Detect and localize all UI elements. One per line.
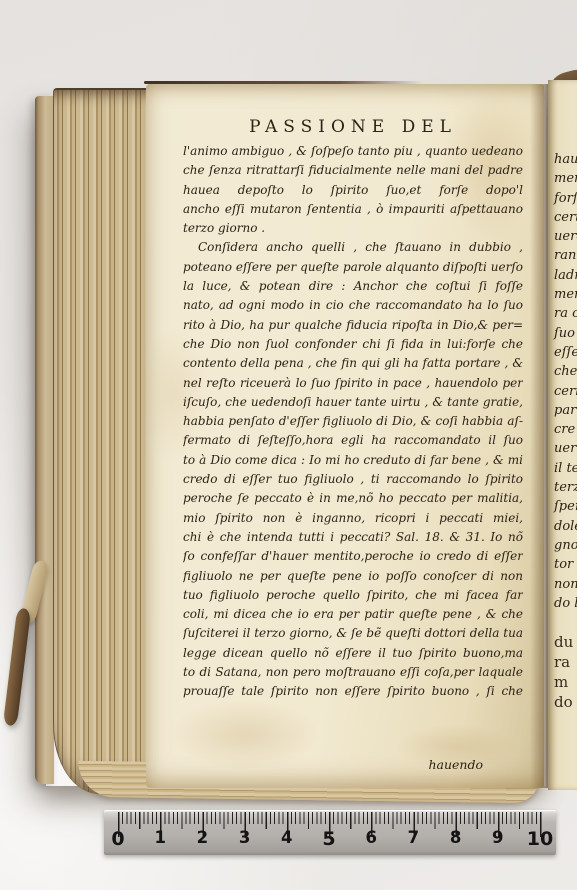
photo-stage: PASSIONE DEL l'animo ambiguo , & ſoſpeſo… bbox=[0, 0, 577, 890]
facing-fragment: hau bbox=[554, 150, 577, 169]
facing-fragment: ſuo bbox=[554, 324, 577, 343]
ruler-number: 5 bbox=[322, 828, 335, 850]
text-line: prouaſſe tale ſpirito non eſſere ſpirito… bbox=[183, 682, 523, 701]
text-line: poteano eſſere per queſte parole alquant… bbox=[183, 258, 523, 277]
ruler-number: 7 bbox=[408, 828, 419, 847]
facing-fragment: terz bbox=[554, 478, 577, 497]
page-block-fore-edge bbox=[53, 88, 151, 794]
facing-fragment: cert bbox=[554, 208, 577, 227]
facing-fragment: ra bbox=[554, 652, 577, 672]
text-line: l'animo ambiguo , & ſoſpeſo tanto piu , … bbox=[183, 142, 523, 161]
ruler-number: 2 bbox=[197, 828, 208, 847]
ruler-number: 8 bbox=[450, 828, 461, 847]
facing-fragment: do bbox=[554, 692, 577, 712]
facing-page-text: haumenforſcertuererantladrmenra cſuoeſſe… bbox=[554, 150, 577, 712]
facing-fragment: uere bbox=[554, 227, 577, 246]
text-line: figliuolo ne per queſte pene io poſſo co… bbox=[183, 567, 523, 586]
ruler-number: 10 bbox=[527, 828, 553, 850]
gutter-shadow bbox=[530, 84, 549, 788]
text-line: to di Satana, non pero moſtrauano eſſi c… bbox=[183, 663, 523, 682]
vellum-cover-edge bbox=[35, 96, 54, 784]
text-line: to à Dio come dica : Io mi ho creduto di… bbox=[183, 451, 523, 470]
text-line: contento della pena , che fin qui gli ha… bbox=[183, 354, 523, 373]
text-line: habbia penſato d'eſſer figliuolo di Dio,… bbox=[183, 412, 523, 431]
facing-fragment: ceri bbox=[554, 382, 577, 401]
facing-fragment: ſper bbox=[554, 497, 577, 516]
text-line: hauea depoſto lo ſpirito ſuo,et forſe do… bbox=[183, 181, 523, 200]
text-line: legge dicean quello nõ eſſere il tuo ſpi… bbox=[183, 644, 523, 663]
text-line: ancho eſſi mutaron ſententia , ò impauri… bbox=[183, 200, 523, 219]
facing-fragment: forſ bbox=[554, 189, 577, 208]
facing-fragment: tor bbox=[554, 555, 577, 574]
facing-fragment: non bbox=[554, 575, 577, 594]
text-line: credo di eſſer tuo figliuolo , ti raccom… bbox=[183, 470, 523, 489]
text-line: mio ſpirito non è inganno, ricopri i pec… bbox=[183, 509, 523, 528]
ruler-number: 9 bbox=[492, 828, 503, 847]
facing-fragment: gno bbox=[554, 536, 577, 555]
ruler-number: 3 bbox=[239, 828, 250, 847]
text-line: ſo confeſſar d'hauer mentito,peroche io … bbox=[183, 547, 523, 566]
ruler: 012345678910 bbox=[104, 810, 556, 855]
text-line: nato, ad ogni modo in cio che raccomanda… bbox=[183, 296, 523, 315]
facing-page: haumenforſcertuererantladrmenra cſuoeſſe… bbox=[548, 80, 577, 790]
text-line: fermato di ſeſteſſo,hora egli ha raccoma… bbox=[183, 431, 523, 450]
text-line: Conſidera ancho quelli , che ſtauano in … bbox=[183, 238, 523, 257]
running-header: PASSIONE DEL bbox=[183, 117, 523, 137]
facing-fragment: par bbox=[554, 401, 577, 420]
facing-fragment: men bbox=[554, 169, 577, 188]
catchword: hauendo bbox=[183, 757, 523, 772]
facing-fragment bbox=[554, 613, 577, 632]
left-page: PASSIONE DEL l'animo ambiguo , & ſoſpeſo… bbox=[146, 84, 544, 788]
facing-fragment: uer bbox=[554, 439, 577, 458]
facing-fragment: dole bbox=[554, 517, 577, 536]
text-line: peroche ſe peccato è in me,nõ ho peccato… bbox=[183, 489, 523, 508]
facing-fragment: eſſe bbox=[554, 343, 577, 362]
facing-fragment: che bbox=[554, 362, 577, 381]
facing-fragment: rant bbox=[554, 246, 577, 265]
facing-fragment: du bbox=[554, 632, 577, 652]
text-line: terzo giorno . bbox=[183, 219, 523, 238]
text-line: coli, mi dicea che io era per patir queſ… bbox=[183, 605, 523, 624]
leather-tie bbox=[3, 608, 31, 727]
ruler-number: 4 bbox=[281, 828, 292, 847]
text-line: chi è che intenda tutti i peccati? Sal. … bbox=[183, 528, 523, 547]
page-top-edge bbox=[144, 81, 423, 84]
text-line: che ſenza ritrattarſi fiducialmente nell… bbox=[183, 161, 523, 180]
ruler-number: 1 bbox=[154, 828, 165, 847]
facing-fragment: men bbox=[554, 285, 577, 304]
text-line: rito à Dio, ha pur qualche fiducia ripoſ… bbox=[183, 316, 523, 335]
text-line: iſcuſo, che uedendoſi hauer tante uirtu … bbox=[183, 393, 523, 412]
ruler-number: 6 bbox=[365, 828, 376, 847]
text-line: che Dio non ſuol confonder chi ſi fida i… bbox=[183, 335, 523, 354]
text-line: tuo figliuolo peroche quello ſpirito, ch… bbox=[183, 586, 523, 605]
text-line: nel reſto riceuerà lo ſuo ſpirito in pac… bbox=[183, 374, 523, 393]
facing-fragment: cre bbox=[554, 420, 577, 439]
text-line: la luce, & potean dire : Anchor che coſt… bbox=[183, 277, 523, 296]
facing-fragment: do l bbox=[554, 594, 577, 613]
facing-fragment: il te bbox=[554, 459, 577, 478]
text-line: ſuſciterei il terzo giorno, & ſe bẽ queſ… bbox=[183, 624, 523, 643]
ruler-number: 0 bbox=[111, 828, 124, 850]
text-block: l'animo ambiguo , & ſoſpeſo tanto piu , … bbox=[183, 142, 523, 702]
facing-fragment: ra c bbox=[554, 304, 577, 323]
facing-fragment: ladr bbox=[554, 266, 577, 285]
facing-fragment: m bbox=[554, 672, 577, 692]
